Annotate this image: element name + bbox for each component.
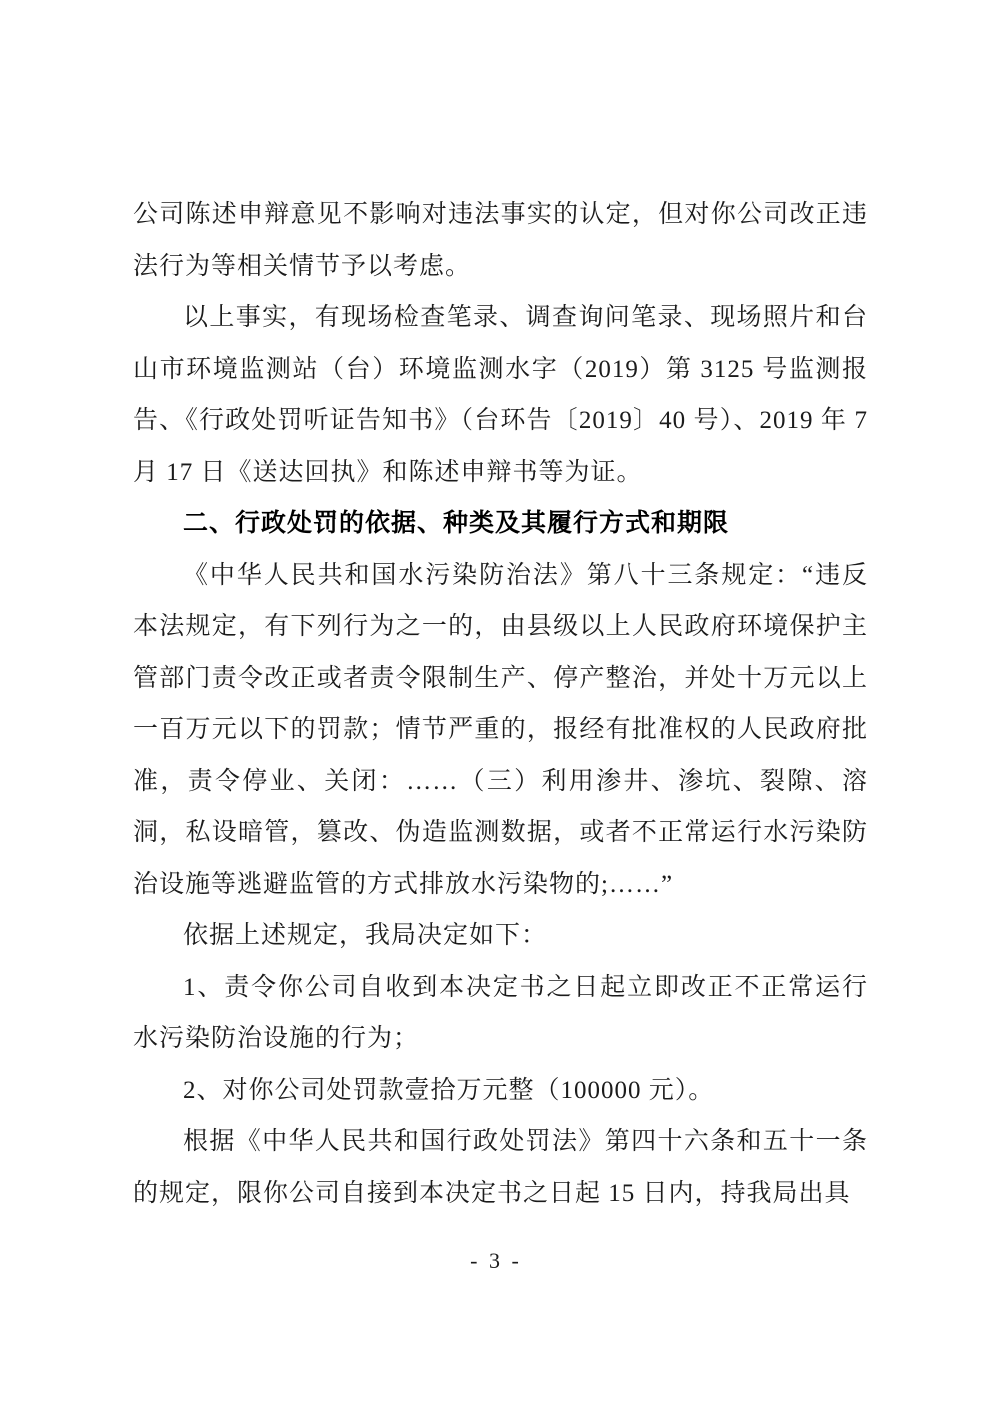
paragraph-payment-instruction: 根据《中华人民共和国行政处罚法》第四十六条和五十一条的规定，限你公司自接到本决定… xyxy=(133,1116,868,1219)
document-page: 公司陈述申辩意见不影响对违法事实的认定，但对你公司改正违法行为等相关情节予以考虑… xyxy=(0,0,992,1403)
document-body: 公司陈述申辩意见不影响对违法事实的认定，但对你公司改正违法行为等相关情节予以考虑… xyxy=(133,189,868,1219)
page-number: - 3 - xyxy=(0,1248,992,1274)
paragraph-decision-item-2: 2、对你公司处罚款壹拾万元整（100000 元）。 xyxy=(133,1065,868,1117)
paragraph-evidence-list: 以上事实，有现场检查笔录、调查询问笔录、现场照片和台山市环境监测站（台）环境监测… xyxy=(133,292,868,498)
section-heading-penalty-basis: 二、行政处罚的依据、种类及其履行方式和期限 xyxy=(133,498,868,550)
paragraph-decision-intro: 依据上述规定，我局决定如下： xyxy=(133,910,868,962)
paragraph-legal-basis: 《中华人民共和国水污染防治法》第八十三条规定：“违反本法规定，有下列行为之一的，… xyxy=(133,550,868,911)
paragraph-continuation: 公司陈述申辩意见不影响对违法事实的认定，但对你公司改正违法行为等相关情节予以考虑… xyxy=(133,189,868,292)
paragraph-decision-item-1: 1、责令你公司自收到本决定书之日起立即改正不正常运行水污染防治设施的行为； xyxy=(133,962,868,1065)
